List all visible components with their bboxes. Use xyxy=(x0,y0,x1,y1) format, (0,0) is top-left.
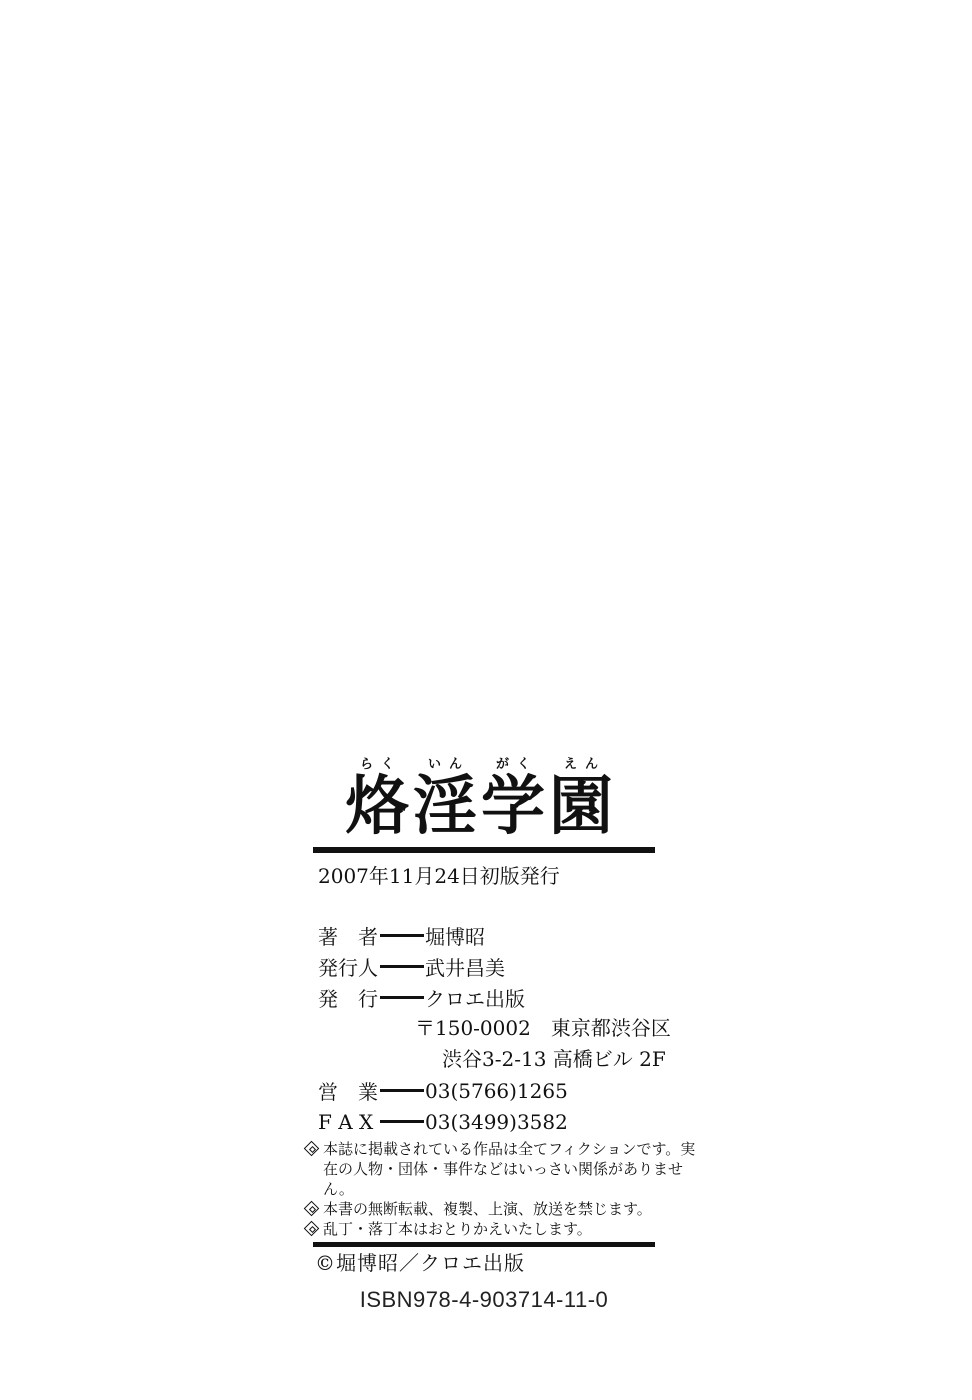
credit-label: 発 行 xyxy=(318,983,380,1012)
double-diamond-icon xyxy=(305,1219,323,1239)
contact-label: 営 業 xyxy=(318,1076,380,1105)
book-title: らく 烙 いん 淫 がく 学 えん 園 xyxy=(343,743,655,840)
credit-value: 堀博昭 xyxy=(424,921,485,950)
notice-item: 本誌に掲載されている作品は全てフィクションです。実在の人物・団体・事件などはいっ… xyxy=(305,1139,709,1199)
title-char: いん 淫 xyxy=(411,757,479,840)
title-char: えん 園 xyxy=(547,757,615,840)
dash-connector xyxy=(380,965,424,968)
notice-text: 乱丁・落丁本はおとりかえいたします。 xyxy=(323,1219,709,1239)
title-char: らく 烙 xyxy=(343,757,411,840)
credit-label: 著 者 xyxy=(318,921,380,950)
credit-row-publisher: 発 行 クロエ出版 xyxy=(318,982,655,1013)
dash-connector xyxy=(380,934,424,937)
title-char: がく 学 xyxy=(479,757,547,840)
title-rule xyxy=(313,847,655,853)
publisher-address-line1: 〒150-0002 東京都渋谷区 xyxy=(415,1013,655,1044)
contact-value: 03(5766)1265 xyxy=(424,1079,568,1103)
credit-value: クロエ出版 xyxy=(424,983,525,1012)
notice-text: 本誌に掲載されている作品は全てフィクションです。実在の人物・団体・事件などはいっ… xyxy=(323,1139,709,1199)
credits-list: 著 者 堀博昭 発行人 武井昌美 発 行 クロエ出版 xyxy=(318,920,655,1013)
publisher-address-line2: 渋谷3-2-13 高橋ビル 2F xyxy=(442,1044,655,1075)
contact-label: F A X xyxy=(318,1110,380,1134)
double-diamond-icon xyxy=(305,1199,323,1219)
dash-connector xyxy=(380,996,424,999)
contact-value: 03(3499)3582 xyxy=(424,1110,568,1134)
notices-list: 本誌に掲載されている作品は全てフィクションです。実在の人物・団体・事件などはいっ… xyxy=(305,1139,709,1239)
title-kanji: 淫 xyxy=(413,773,477,840)
credit-label: 発行人 xyxy=(318,952,380,981)
title-kanji: 学 xyxy=(481,773,545,840)
contact-row-fax: F A X 03(3499)3582 xyxy=(318,1106,655,1137)
credit-row-author: 著 者 堀博昭 xyxy=(318,920,655,951)
contact-row-sales: 営 業 03(5766)1265 xyxy=(318,1075,655,1106)
notice-item: 本書の無断転載、複製、上演、放送を禁じます。 xyxy=(305,1199,709,1219)
isbn-number: ISBN978-4-903714-11-0 xyxy=(313,1288,655,1312)
contacts-list: 営 業 03(5766)1265 F A X 03(3499)3582 xyxy=(318,1075,655,1137)
dash-connector xyxy=(380,1120,424,1123)
title-kanji: 烙 xyxy=(345,773,409,840)
colophon-block: らく 烙 いん 淫 がく 学 えん 園 2007年11月24日初版発行 著 者 … xyxy=(313,743,655,1312)
edition-date: 2007年11月24日初版発行 xyxy=(318,865,655,887)
notice-text: 本書の無断転載、複製、上演、放送を禁じます。 xyxy=(323,1199,709,1219)
double-diamond-icon xyxy=(305,1139,323,1159)
credit-row-publisher-person: 発行人 武井昌美 xyxy=(318,951,655,982)
copyright-line: ©堀博昭／クロエ出版 xyxy=(315,1252,655,1274)
dash-connector xyxy=(380,1089,424,1092)
title-kanji: 園 xyxy=(549,773,613,840)
credit-value: 武井昌美 xyxy=(424,952,505,981)
notice-item: 乱丁・落丁本はおとりかえいたします。 xyxy=(305,1219,709,1239)
bottom-rule xyxy=(313,1242,655,1247)
